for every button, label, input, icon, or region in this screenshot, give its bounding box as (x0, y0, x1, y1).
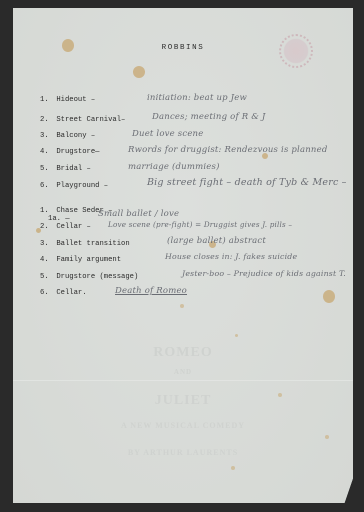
embossed-seal-icon (279, 34, 313, 68)
list-item: 2. Cellar – (40, 223, 91, 231)
handwritten-note: Jester-boo – Prejudice of kids against T… (182, 269, 346, 278)
handwritten-note: marriage (dummies) (128, 162, 220, 172)
handwritten-note: Big street fight – death of Tyb & Merc – (147, 177, 347, 188)
fold-line (13, 380, 353, 381)
list-item: 1. Hideout – (40, 96, 95, 104)
stain (235, 334, 238, 337)
list-item: 6. Cellar. (40, 289, 87, 297)
stain (62, 39, 74, 52)
handwritten-note: Rwords for druggist: Rendezvous is plann… (128, 145, 327, 155)
list-item: 1a. — (48, 215, 70, 223)
stain (231, 466, 235, 470)
list-item: 4. Family argument (40, 256, 121, 264)
stain (180, 304, 184, 308)
handwritten-note: Dances; meeting of R & J (152, 112, 266, 122)
show-through-text: A NEW MUSICAL COMEDY (13, 421, 353, 430)
stain (133, 66, 145, 78)
show-through-text: AND (13, 368, 353, 376)
handwritten-note: Small ballet / love (98, 209, 179, 219)
handwritten-note: Death of Romeo (115, 286, 187, 296)
list-item: 5. Drugstore (message) (40, 273, 138, 281)
handwritten-note: House closes in: J. fakes suicide (165, 252, 297, 261)
show-through-text: JULIET (13, 393, 353, 409)
document-page: ROBBINS 1. Hideout – initiation: beat up… (13, 8, 353, 503)
list-item: 6. Playground – (40, 182, 108, 190)
handwritten-note: initiation: beat up Jew (147, 93, 247, 103)
stain (325, 435, 329, 439)
handwritten-note: (large ballet) abstract (167, 236, 266, 246)
stain (323, 290, 335, 303)
list-item: 5. Bridal – (40, 165, 91, 173)
list-item: 4. Drugstore— (40, 148, 99, 156)
handwritten-note: Duet love scene (132, 129, 203, 139)
show-through-text: ROMEO (13, 345, 353, 361)
list-item: 2. Street Carnival– (40, 116, 125, 124)
list-item: 3. Balcony – (40, 132, 95, 140)
list-item: 3. Ballet transition (40, 240, 130, 248)
show-through-text: BY ARTHUR LAURENTS (13, 448, 353, 457)
handwritten-note: Love scene (pre-fight) = Druggist gives … (108, 220, 292, 229)
